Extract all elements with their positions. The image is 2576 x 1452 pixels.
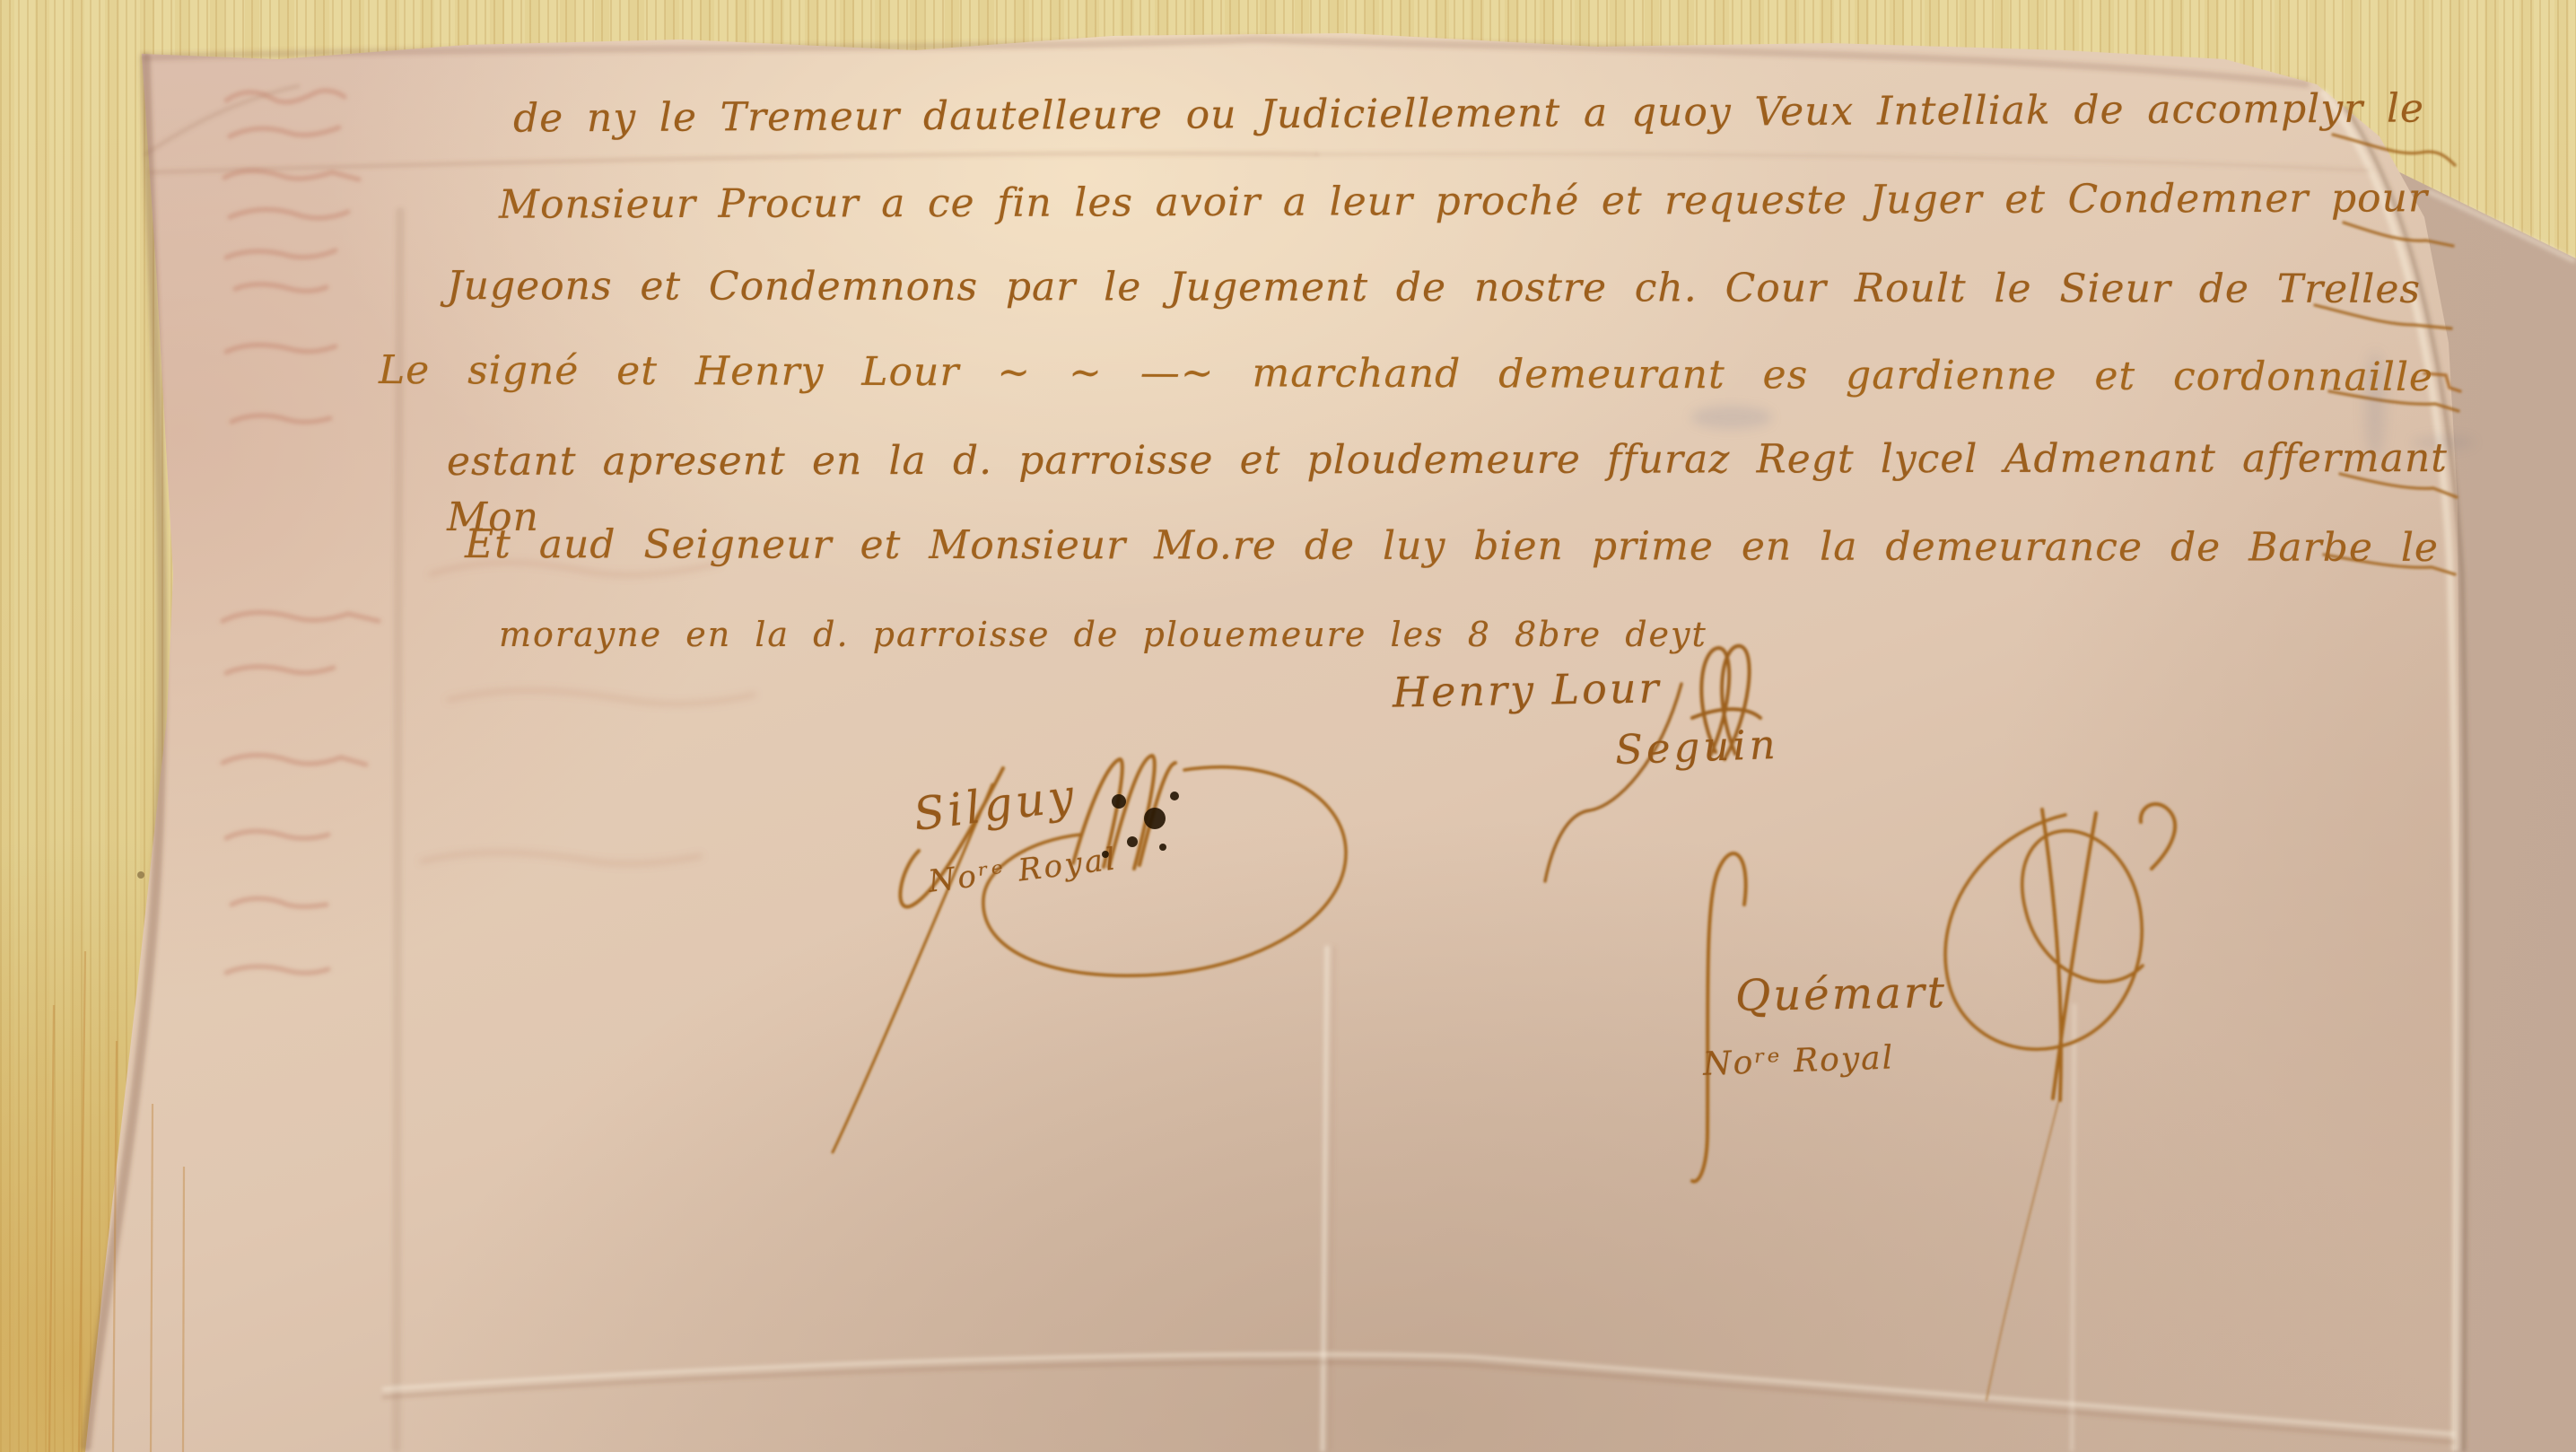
manuscript-text-line-3: Jugeons et Condemnons par le Jugement de… xyxy=(447,258,2421,318)
manuscript-text-line-4: Le signé et Henry Lour ∼ ∼ —∼ marchand d… xyxy=(379,343,2433,406)
manuscript-photo: de ny le Tremeur dautelleure ou Judiciel… xyxy=(0,0,2576,1452)
signature-seguin: Seguin xyxy=(1614,721,1779,774)
ink-smudge xyxy=(1691,406,1772,429)
signature-henry-lour: Henry Lour xyxy=(1393,663,1662,716)
manuscript-text-line-6: Et aud Seigneur et Monsieur Mo.re de luy… xyxy=(465,517,2439,576)
signature-quemart: Quémart xyxy=(1735,967,1948,1021)
signature-quemart-title: Noʳᵉ Royal xyxy=(1702,1039,1894,1082)
manuscript-text-line-7: morayne en la d. parroisse de plouemeure… xyxy=(499,607,1707,662)
manuscript-text-line-1: de ny le Tremeur dautelleure ou Judiciel… xyxy=(513,81,2424,146)
manuscript-text-line-2: Monsieur Procur a ce fin les avoir a leu… xyxy=(499,171,2428,233)
